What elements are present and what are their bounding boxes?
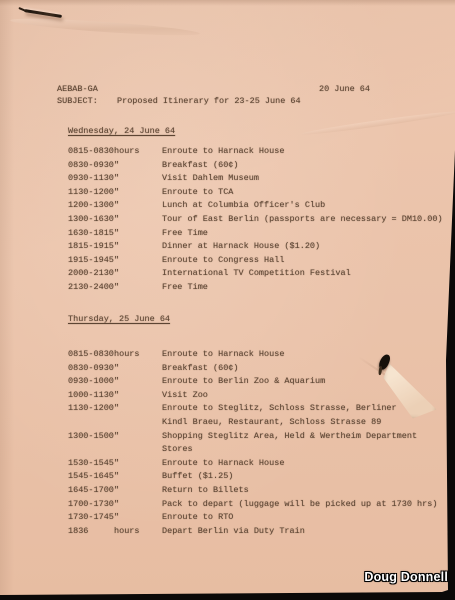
- activity: Enroute to Harnack House: [162, 457, 452, 471]
- activity: Breakfast (60¢): [162, 362, 452, 376]
- itinerary-row: 2130-2400 " Free Time: [0, 281, 455, 295]
- activity: Breakfast (60¢): [162, 159, 452, 173]
- time-unit: ": [114, 430, 162, 444]
- activity: Enroute to Steglitz, Schloss Strasse, Be…: [162, 402, 452, 429]
- itinerary-row: 1836 hours Depart Berlin via Duty Train: [0, 525, 455, 539]
- activity-line: Shopping Steglitz Area, Held & Wertheim …: [162, 430, 452, 444]
- activity-line: Enroute to RTO: [162, 511, 452, 525]
- subject-label: SUBJECT:: [57, 95, 117, 107]
- time-range: 1530-1545: [68, 457, 114, 471]
- time-range: 0815-0830: [68, 145, 114, 159]
- time-range: 1630-1815: [68, 227, 114, 241]
- time-range: 1645-1700: [68, 484, 114, 498]
- time-range: 0830-0930: [68, 159, 114, 173]
- activity-line: Free Time: [162, 227, 452, 241]
- activity-line: Lunch at Columbia Officer's Club: [162, 199, 452, 213]
- time-range: 0830-0930: [68, 362, 114, 376]
- time-range: 1700-1730: [68, 498, 114, 512]
- time-unit: ": [114, 254, 162, 268]
- section-wednesday: Wednesday, 24 June 64 0815-0830 hours En…: [0, 125, 455, 295]
- itinerary-row: 1200-1300 " Lunch at Columbia Officer's …: [0, 199, 455, 213]
- activity-line: Enroute to Harnack House: [162, 457, 452, 471]
- activity-line: Breakfast (60¢): [162, 159, 452, 173]
- time-unit: ": [114, 227, 162, 241]
- time-range: 1130-1200: [68, 402, 114, 416]
- time-range: 2000-2130: [68, 267, 114, 281]
- time-unit: ": [114, 511, 162, 525]
- activity-line: Free Time: [162, 281, 452, 295]
- time-unit: ": [114, 498, 162, 512]
- time-unit: hours: [114, 525, 162, 539]
- document-page: AEBAB-GA 20 June 64 SUBJECT:Proposed Iti…: [0, 0, 455, 600]
- time-range: 1730-1745: [68, 511, 114, 525]
- itinerary-rows-thursday: 0815-0830 hours Enroute to Harnack House…: [0, 348, 455, 538]
- itinerary-row: 0815-0830 hours Enroute to Harnack House: [0, 145, 455, 159]
- activity-line: Enroute to Berlin Zoo & Aquarium: [162, 375, 452, 389]
- activity: Tour of East Berlin (passports are neces…: [162, 213, 452, 227]
- time-unit: ": [114, 199, 162, 213]
- time-range: 1915-1945: [68, 254, 114, 268]
- section-heading-thursday: Thursday, 25 June 64: [68, 313, 455, 326]
- time-unit: ": [114, 362, 162, 376]
- itinerary-row: 1645-1700 " Return to Billets: [0, 484, 455, 498]
- activity-line: Depart Berlin via Duty Train: [162, 525, 452, 539]
- itinerary-row: 0830-0930 " Breakfast (60¢): [0, 159, 455, 173]
- time-unit: ": [114, 267, 162, 281]
- time-unit: ": [114, 240, 162, 254]
- itinerary-row: 1130-1200 " Enroute to Steglitz, Schloss…: [0, 402, 455, 429]
- itinerary-row: 1545-1645 " Buffet ($1.25): [0, 470, 455, 484]
- activity: Pack to depart (luggage will be picked u…: [162, 498, 452, 512]
- activity: Visit Dahlem Museum: [162, 172, 452, 186]
- activity-line: Pack to depart (luggage will be picked u…: [162, 498, 452, 512]
- activity-line: Breakfast (60¢): [162, 362, 452, 376]
- typewritten-content: AEBAB-GA 20 June 64 SUBJECT:Proposed Iti…: [0, 0, 455, 600]
- itinerary-row: 1130-1200 " Enroute to TCA: [0, 186, 455, 200]
- itinerary-row: 1300-1630 " Tour of East Berlin (passpor…: [0, 213, 455, 227]
- time-range: 1300-1500: [68, 430, 114, 444]
- activity: Return to Billets: [162, 484, 452, 498]
- section-thursday: Thursday, 25 June 64 0815-0830 hours Enr…: [0, 313, 455, 538]
- time-range: 1545-1645: [68, 470, 114, 484]
- activity-line: Enroute to Congress Hall: [162, 254, 452, 268]
- itinerary-row: 0815-0830 hours Enroute to Harnack House: [0, 348, 455, 362]
- activity-line: Enroute to Harnack House: [162, 348, 452, 362]
- activity-line: Buffet ($1.25): [162, 470, 452, 484]
- itinerary-row: 0830-0930 " Breakfast (60¢): [0, 362, 455, 376]
- activity-line: Enroute to TCA: [162, 186, 452, 200]
- time-unit: ": [114, 375, 162, 389]
- time-unit: ": [114, 402, 162, 416]
- activity-line: Visit Dahlem Museum: [162, 172, 452, 186]
- activity: Enroute to Harnack House: [162, 348, 452, 362]
- activity: Enroute to RTO: [162, 511, 452, 525]
- activity-line-2: Stores: [162, 443, 452, 457]
- time-range: 1200-1300: [68, 199, 114, 213]
- activity-line: Return to Billets: [162, 484, 452, 498]
- activity: Shopping Steglitz Area, Held & Wertheim …: [162, 430, 452, 457]
- activity-line: Dinner at Harnack House ($1.20): [162, 240, 452, 254]
- activity-line-2: Kindl Braeu, Restaurant, Schloss Strasse…: [162, 416, 452, 430]
- itinerary-row: 1630-1815 " Free Time: [0, 227, 455, 241]
- time-unit: ": [114, 484, 162, 498]
- time-range: 1815-1915: [68, 240, 114, 254]
- photographer-credit: Doug Donnell: [364, 570, 448, 584]
- time-range: 0930-1130: [68, 172, 114, 186]
- activity-line: Visit Zoo: [162, 389, 452, 403]
- activity: Enroute to TCA: [162, 186, 452, 200]
- itinerary-row: 1730-1745 " Enroute to RTO: [0, 511, 455, 525]
- itinerary-row: 0930-1000 " Enroute to Berlin Zoo & Aqua…: [0, 375, 455, 389]
- time-unit: ": [114, 470, 162, 484]
- itinerary-row: 1300-1500 " Shopping Steglitz Area, Held…: [0, 430, 455, 457]
- activity: International TV Competition Festival: [162, 267, 452, 281]
- activity: Visit Zoo: [162, 389, 452, 403]
- subject-text: Proposed Itinerary for 23-25 June 64: [117, 96, 301, 106]
- itinerary-row: 1000-1130 " Visit Zoo: [0, 389, 455, 403]
- time-range: 1836: [68, 525, 114, 539]
- document-header: AEBAB-GA 20 June 64 SUBJECT:Proposed Iti…: [57, 83, 415, 107]
- itinerary-row: 1815-1915 " Dinner at Harnack House ($1.…: [0, 240, 455, 254]
- activity-line: International TV Competition Festival: [162, 267, 452, 281]
- itinerary-row: 1915-1945 " Enroute to Congress Hall: [0, 254, 455, 268]
- activity-line: Tour of East Berlin (passports are neces…: [162, 213, 452, 227]
- activity: Buffet ($1.25): [162, 470, 452, 484]
- time-unit: hours: [114, 145, 162, 159]
- subject-line: SUBJECT:Proposed Itinerary for 23-25 Jun…: [57, 95, 415, 107]
- itinerary-row: 0930-1130 " Visit Dahlem Museum: [0, 172, 455, 186]
- activity: Enroute to Congress Hall: [162, 254, 452, 268]
- time-range: 0930-1000: [68, 375, 114, 389]
- activity-line: Enroute to Steglitz, Schloss Strasse, Be…: [162, 402, 452, 416]
- activity: Dinner at Harnack House ($1.20): [162, 240, 452, 254]
- activity: Depart Berlin via Duty Train: [162, 525, 452, 539]
- photo-frame: AEBAB-GA 20 June 64 SUBJECT:Proposed Iti…: [0, 0, 455, 600]
- activity: Enroute to Harnack House: [162, 145, 452, 159]
- activity-line: Enroute to Harnack House: [162, 145, 452, 159]
- itinerary-row: 1530-1545 " Enroute to Harnack House: [0, 457, 455, 471]
- time-unit: ": [114, 186, 162, 200]
- itinerary-row: 2000-2130 " International TV Competition…: [0, 267, 455, 281]
- activity: Free Time: [162, 281, 452, 295]
- time-unit: ": [114, 159, 162, 173]
- time-unit: ": [114, 281, 162, 295]
- time-unit: ": [114, 213, 162, 227]
- activity: Lunch at Columbia Officer's Club: [162, 199, 452, 213]
- time-unit: ": [114, 457, 162, 471]
- time-unit: ": [114, 389, 162, 403]
- time-range: 2130-2400: [68, 281, 114, 295]
- time-range: 0815-0830: [68, 348, 114, 362]
- time-range: 1130-1200: [68, 186, 114, 200]
- activity: Enroute to Berlin Zoo & Aquarium: [162, 375, 452, 389]
- document-date: 20 June 64: [319, 84, 370, 94]
- section-heading-wednesday: Wednesday, 24 June 64: [68, 125, 455, 138]
- itinerary-rows-wednesday: 0815-0830 hours Enroute to Harnack House…: [0, 145, 455, 295]
- time-range: 1300-1630: [68, 213, 114, 227]
- itinerary-row: 1700-1730 " Pack to depart (luggage will…: [0, 498, 455, 512]
- time-range: 1000-1130: [68, 389, 114, 403]
- time-unit: hours: [114, 348, 162, 362]
- time-unit: ": [114, 172, 162, 186]
- activity: Free Time: [162, 227, 452, 241]
